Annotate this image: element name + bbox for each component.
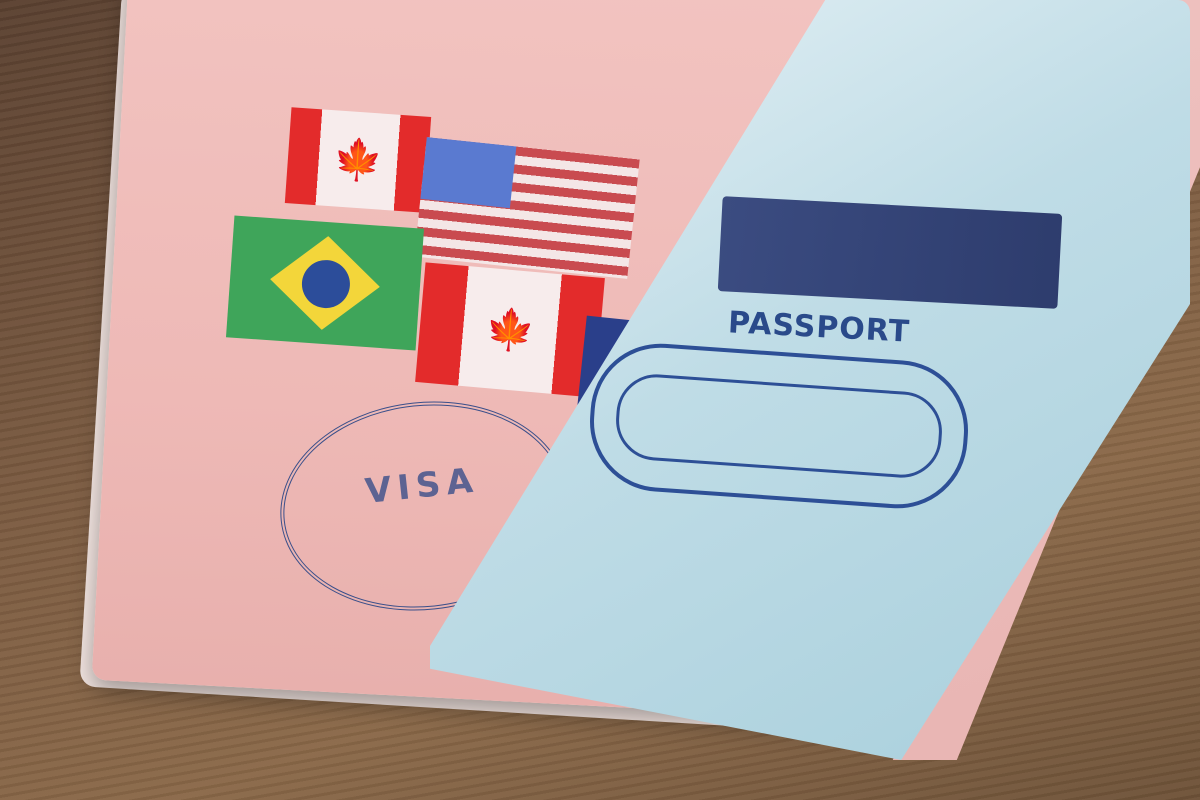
- visa-stamp-label: VISA: [363, 460, 480, 512]
- entry-stamp: [585, 339, 972, 513]
- canada-flag-sticker: 🍁: [285, 107, 431, 213]
- photo-scene: 🍁 🍁 VISA 🍁 PASSPORT: [0, 0, 1200, 800]
- brazil-flag-sticker: [226, 216, 424, 351]
- usa-flag-sticker: [414, 137, 639, 279]
- canada-flag-sticker-2: 🍁: [415, 262, 605, 397]
- entry-stamp-inner: [613, 372, 944, 481]
- maple-leaf-icon: 🍁: [483, 304, 537, 355]
- maple-leaf-icon: 🍁: [332, 135, 385, 185]
- australia-flag-visa: [718, 196, 1063, 309]
- usa-flag-canton: [420, 137, 516, 208]
